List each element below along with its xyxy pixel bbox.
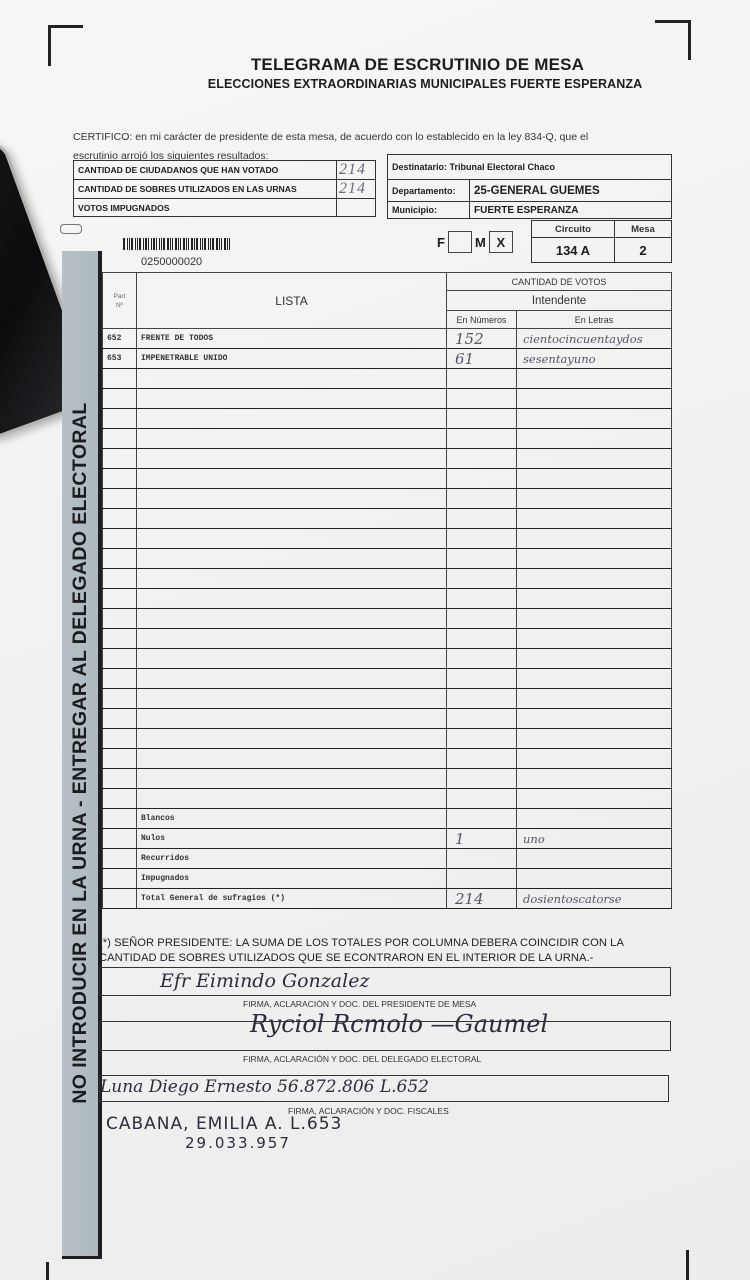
barcode-bar	[131, 238, 133, 250]
list-name	[137, 669, 447, 689]
empty-list-row	[103, 729, 672, 749]
barcode-bar	[129, 238, 130, 250]
list-name	[137, 729, 447, 749]
party-number	[103, 829, 137, 849]
departamento-row: Departamento: 25-GENERAL GUEMES	[388, 180, 672, 202]
certification-line-1: CERTIFICO: en mi carácter de presidente …	[73, 128, 633, 147]
barcode-bar	[170, 238, 171, 250]
destinatario-row: Destinatario: Tribunal Electoral Chaco	[388, 155, 672, 180]
party-number	[103, 649, 137, 669]
barcode-bar	[159, 238, 160, 250]
barcode-bar	[137, 238, 138, 250]
empty-list-row	[103, 669, 672, 689]
summary-label: VOTOS IMPUGNADOS	[74, 199, 337, 217]
votes-numbers-field[interactable]	[447, 609, 517, 629]
summary-vote-row: Recurridos	[103, 849, 672, 869]
side-band-foot	[62, 1256, 102, 1259]
votes-letters-field[interactable]	[517, 789, 672, 809]
departamento-label: Departamento:	[388, 180, 470, 202]
empty-list-row	[103, 489, 672, 509]
votes-numbers-field[interactable]	[447, 509, 517, 529]
barcode-bar	[172, 238, 173, 250]
list-name	[137, 509, 447, 529]
votes-letters-field[interactable]	[517, 369, 672, 389]
summary-value[interactable]	[337, 199, 376, 217]
summary-table: CANTIDAD DE CIUDADANOS QUE HAN VOTADO 21…	[73, 160, 376, 217]
party-number	[103, 449, 137, 469]
empty-list-row	[103, 689, 672, 709]
votes-letters-field[interactable]	[517, 389, 672, 409]
votes-numbers-field[interactable]	[447, 569, 517, 589]
list-row: 653IMPENETRABLE UNIDO61sesentayuno	[103, 349, 672, 369]
list-name	[137, 749, 447, 769]
party-number	[103, 789, 137, 809]
summary-vote-label: Recurridos	[137, 849, 447, 869]
fiscal-2-handwriting: CABANA, EMILIA A. L.653	[106, 1114, 342, 1134]
votes-letters-field[interactable]	[517, 709, 672, 729]
barcode-bar	[188, 238, 189, 250]
votes-numbers-field[interactable]	[447, 789, 517, 809]
summary-label: CANTIDAD DE CIUDADANOS QUE HAN VOTADO	[74, 161, 337, 180]
votes-letters-field[interactable]	[517, 609, 672, 629]
phone-home-button-icon	[60, 224, 82, 234]
votes-letters-field[interactable]	[517, 869, 672, 889]
empty-list-row	[103, 749, 672, 769]
empty-list-row	[103, 609, 672, 629]
votes-letters-field[interactable]	[517, 409, 672, 429]
party-number	[103, 369, 137, 389]
empty-list-row	[103, 529, 672, 549]
party-number	[103, 429, 137, 449]
barcode-bar	[210, 238, 211, 250]
delegado-signature-handwriting: Ryciol Rcmolo —Gaumel	[250, 1010, 548, 1038]
votes-letters-field[interactable]: cientocincuentaydos	[517, 329, 672, 349]
empty-list-row	[103, 409, 672, 429]
party-number	[103, 769, 137, 789]
votes-numbers-field[interactable]	[447, 669, 517, 689]
summary-row-ciudadanos: CANTIDAD DE CIUDADANOS QUE HAN VOTADO 21…	[74, 161, 376, 180]
party-number	[103, 409, 137, 429]
sex-f-checkbox[interactable]	[448, 231, 472, 253]
barcode-bar	[161, 238, 162, 250]
votes-numbers-field[interactable]: 61	[447, 349, 517, 369]
votes-numbers-field[interactable]	[447, 729, 517, 749]
summary-value[interactable]: 214	[337, 180, 376, 199]
votes-numbers-field[interactable]	[447, 589, 517, 609]
municipio-row: Municipio: FUERTE ESPERANZA	[388, 202, 672, 219]
destinatario-label: Destinatario:	[392, 162, 447, 172]
side-band-text: NO INTRODUCIR EN LA URNA - ENTREGAR AL D…	[62, 253, 98, 1253]
barcode-bar	[167, 238, 169, 250]
party-number	[103, 869, 137, 889]
votes-numbers-field[interactable]: 1	[447, 829, 517, 849]
list-name	[137, 429, 447, 449]
party-number	[103, 729, 137, 749]
party-number	[103, 749, 137, 769]
party-number: 653	[103, 349, 137, 369]
summary-vote-label: Impugnados	[137, 869, 447, 889]
barcode-number: 0250000020	[141, 256, 202, 268]
list-name	[137, 689, 447, 709]
summary-vote-label: Blancos	[137, 809, 447, 829]
barcode-bar	[127, 238, 128, 250]
corner-mark-bottom-right-icon	[686, 1250, 689, 1280]
barcode-bar	[175, 238, 177, 250]
list-name	[137, 529, 447, 549]
summary-vote-label: Nulos	[137, 829, 447, 849]
votes-numbers-field[interactable]	[447, 469, 517, 489]
barcode-bar	[139, 238, 141, 250]
votes-letters-field[interactable]	[517, 689, 672, 709]
fiscal-1-handwriting: Luna Diego Ernesto 56.872.806 L.652	[100, 1077, 429, 1097]
summary-row-sobres: CANTIDAD DE SOBRES UTILIZADOS EN LAS URN…	[74, 180, 376, 199]
votes-letters-field[interactable]	[517, 729, 672, 749]
mesa-value: 2	[614, 238, 671, 263]
corner-mark-top-right-icon	[655, 20, 691, 60]
list-name	[137, 549, 447, 569]
president-signature-handwriting: Efr Eimindo Gonzalez	[160, 970, 369, 992]
votes-letters-field[interactable]	[517, 629, 672, 649]
party-number	[103, 669, 137, 689]
barcode-bar	[135, 238, 136, 250]
votes-numbers-field[interactable]	[447, 449, 517, 469]
list-name	[137, 629, 447, 649]
fiscal-2-document-handwriting: 29.033.957	[185, 1134, 291, 1152]
list-row: 652FRENTE DE TODOS152cientocincuentaydos	[103, 329, 672, 349]
barcode-bar	[227, 238, 228, 250]
summary-value[interactable]: 214	[337, 161, 376, 180]
header-part-no-label: Nº	[103, 301, 136, 310]
barcode-bar	[148, 238, 149, 250]
party-number	[103, 809, 137, 829]
empty-list-row	[103, 789, 672, 809]
barcode-bar	[180, 238, 181, 250]
votes-letters-field[interactable]	[517, 569, 672, 589]
votes-numbers-field[interactable]	[447, 769, 517, 789]
barcode-bar	[183, 238, 185, 250]
empty-list-row	[103, 649, 672, 669]
party-number: 652	[103, 329, 137, 349]
party-number	[103, 509, 137, 529]
list-name	[137, 789, 447, 809]
header-cantidad-votos: CANTIDAD DE VOTOS	[447, 273, 672, 291]
barcode-bar	[204, 238, 206, 250]
empty-list-row	[103, 449, 672, 469]
votes-numbers-field[interactable]	[447, 429, 517, 449]
party-number	[103, 609, 137, 629]
votes-numbers-field[interactable]	[447, 489, 517, 509]
header-en-letras: En Letras	[517, 311, 672, 329]
votes-numbers-field[interactable]	[447, 629, 517, 649]
list-name	[137, 569, 447, 589]
party-number	[103, 489, 137, 509]
votes-letters-field[interactable]	[517, 449, 672, 469]
summary-vote-row: Total General de sufragios (*)214dosient…	[103, 889, 672, 909]
list-name	[137, 489, 447, 509]
empty-list-row	[103, 369, 672, 389]
votes-letters-field[interactable]	[517, 669, 672, 689]
votes-numbers-field[interactable]	[447, 529, 517, 549]
barcode-bar	[163, 238, 165, 250]
mesa-label: Mesa	[614, 221, 671, 238]
list-name	[137, 769, 447, 789]
sex-f-label: F	[437, 235, 445, 250]
empty-list-row	[103, 569, 672, 589]
circuito-value-row: 134 A 2	[532, 238, 672, 263]
votes-numbers-field[interactable]	[447, 849, 517, 869]
document-title: TELEGRAMA DE ESCRUTINIO DE MESA	[0, 55, 750, 75]
barcode-bar	[224, 238, 226, 250]
votes-letters-field[interactable]	[517, 549, 672, 569]
empty-list-row	[103, 469, 672, 489]
votes-numbers-field[interactable]	[447, 389, 517, 409]
party-number	[103, 469, 137, 489]
empty-list-row	[103, 429, 672, 449]
party-number	[103, 589, 137, 609]
list-name	[137, 449, 447, 469]
list-name	[137, 609, 447, 629]
summary-vote-row: Blancos	[103, 809, 672, 829]
president-notice: (*) SEÑOR PRESIDENTE: LA SUMA DE LOS TOT…	[99, 936, 679, 966]
president-signature-caption: FIRMA, ACLARACIÓN Y DOC. DEL PRESIDENTE …	[243, 999, 476, 1009]
party-number	[103, 629, 137, 649]
list-name	[137, 469, 447, 489]
barcode-bar	[151, 238, 152, 250]
circuito-label: Circuito	[532, 221, 615, 238]
document-subtitle: ELECCIONES EXTRAORDINARIAS MUNICIPALES F…	[0, 77, 750, 91]
header-lista: LISTA	[137, 273, 447, 329]
party-number	[103, 549, 137, 569]
votes-numbers-field[interactable]: 214	[447, 889, 517, 909]
votes-header-row-1: Part Nº LISTA CANTIDAD DE VOTOS	[103, 273, 672, 291]
votes-numbers-field[interactable]	[447, 369, 517, 389]
list-name: FRENTE DE TODOS	[137, 329, 447, 349]
votes-numbers-field[interactable]	[447, 869, 517, 889]
votes-letters-field[interactable]	[517, 529, 672, 549]
barcode-bar	[153, 238, 155, 250]
barcode-bar	[221, 238, 222, 250]
votes-numbers-field[interactable]	[447, 409, 517, 429]
barcode-bar	[219, 238, 220, 250]
barcode-bar	[178, 238, 179, 250]
votes-table: Part Nº LISTA CANTIDAD DE VOTOS Intenden…	[102, 272, 672, 909]
list-name	[137, 409, 447, 429]
notice-line-1: (*) SEÑOR PRESIDENTE: LA SUMA DE LOS TOT…	[99, 936, 679, 951]
votes-numbers-field[interactable]	[447, 549, 517, 569]
votes-letters-field[interactable]: dosientoscatorse	[517, 889, 672, 909]
header-en-numeros: En Números	[447, 311, 517, 329]
summary-vote-row: Impugnados	[103, 869, 672, 889]
barcode-icon	[123, 238, 243, 250]
votes-letters-field[interactable]	[517, 649, 672, 669]
votes-letters-field[interactable]: uno	[517, 829, 672, 849]
header-intendente: Intendente	[447, 291, 672, 311]
barcode-bar	[186, 238, 187, 250]
votes-letters-field[interactable]: sesentayuno	[517, 349, 672, 369]
list-name	[137, 589, 447, 609]
summary-vote-label: Total General de sufragios (*)	[137, 889, 447, 909]
circuito-mesa-table: Circuito Mesa 134 A 2	[531, 220, 672, 263]
circuito-value: 134 A	[532, 238, 615, 263]
votes-letters-field[interactable]	[517, 429, 672, 449]
sex-m-checkbox[interactable]: X	[489, 231, 513, 253]
votes-letters-field[interactable]	[517, 749, 672, 769]
barcode-bar	[208, 238, 209, 250]
empty-list-row	[103, 709, 672, 729]
summary-label: CANTIDAD DE SOBRES UTILIZADOS EN LAS URN…	[74, 180, 337, 199]
recipient-table: Destinatario: Tribunal Electoral Chaco D…	[387, 154, 672, 219]
empty-list-row	[103, 769, 672, 789]
empty-list-row	[103, 629, 672, 649]
circuito-header-row: Circuito Mesa	[532, 221, 672, 238]
barcode-bar	[123, 238, 125, 250]
party-number	[103, 849, 137, 869]
municipio-value: FUERTE ESPERANZA	[470, 202, 672, 219]
party-number	[103, 709, 137, 729]
votes-numbers-field[interactable]	[447, 809, 517, 829]
list-name	[137, 369, 447, 389]
votes-letters-field[interactable]	[517, 589, 672, 609]
votes-numbers-field[interactable]	[447, 709, 517, 729]
barcode-bar	[194, 238, 195, 250]
empty-list-row	[103, 549, 672, 569]
notice-line-2: CANTIDAD DE SOBRES UTILIZADOS QUE SE ECO…	[99, 951, 679, 966]
votes-letters-field[interactable]	[517, 509, 672, 529]
party-number	[103, 569, 137, 589]
corner-mark-bottom-left-icon	[46, 1262, 49, 1280]
party-number	[103, 529, 137, 549]
barcode-bar	[216, 238, 218, 250]
party-number	[103, 689, 137, 709]
barcode-bar	[156, 238, 157, 250]
votes-numbers-field[interactable]	[447, 689, 517, 709]
empty-list-row	[103, 509, 672, 529]
votes-numbers-field[interactable]	[447, 749, 517, 769]
list-name	[137, 649, 447, 669]
header-part: Part Nº	[103, 273, 137, 329]
votes-letters-field[interactable]	[517, 469, 672, 489]
party-number	[103, 389, 137, 409]
summary-vote-row: Nulos1uno	[103, 829, 672, 849]
barcode-bar	[200, 238, 201, 250]
barcode-bar	[196, 238, 198, 250]
barcode-bar	[145, 238, 147, 250]
destinatario-value: Tribunal Electoral Chaco	[450, 162, 556, 172]
destinatario-cell: Destinatario: Tribunal Electoral Chaco	[388, 155, 672, 180]
delegado-signature-caption: FIRMA, ACLARACIÓN Y DOC. DEL DELEGADO EL…	[243, 1054, 481, 1064]
votes-letters-field[interactable]	[517, 849, 672, 869]
barcode-bar	[191, 238, 193, 250]
barcode-bar	[143, 238, 144, 250]
barcode-bar	[229, 238, 230, 250]
votes-letters-field[interactable]	[517, 809, 672, 829]
votes-numbers-field[interactable]: 152	[447, 329, 517, 349]
votes-letters-field[interactable]	[517, 489, 672, 509]
list-name	[137, 709, 447, 729]
votes-numbers-field[interactable]	[447, 649, 517, 669]
municipio-label: Municipio:	[388, 202, 470, 219]
list-name	[137, 389, 447, 409]
list-name: IMPENETRABLE UNIDO	[137, 349, 447, 369]
sex-m-label: M	[475, 235, 486, 250]
departamento-value: 25-GENERAL GUEMES	[470, 180, 672, 202]
summary-row-impugnados: VOTOS IMPUGNADOS	[74, 199, 376, 217]
empty-list-row	[103, 589, 672, 609]
empty-list-row	[103, 389, 672, 409]
barcode-bar	[212, 238, 214, 250]
votes-letters-field[interactable]	[517, 769, 672, 789]
barcode-bar	[202, 238, 203, 250]
sex-selector: F M X	[437, 231, 513, 253]
party-number	[103, 889, 137, 909]
header-part-label: Part	[103, 292, 136, 301]
